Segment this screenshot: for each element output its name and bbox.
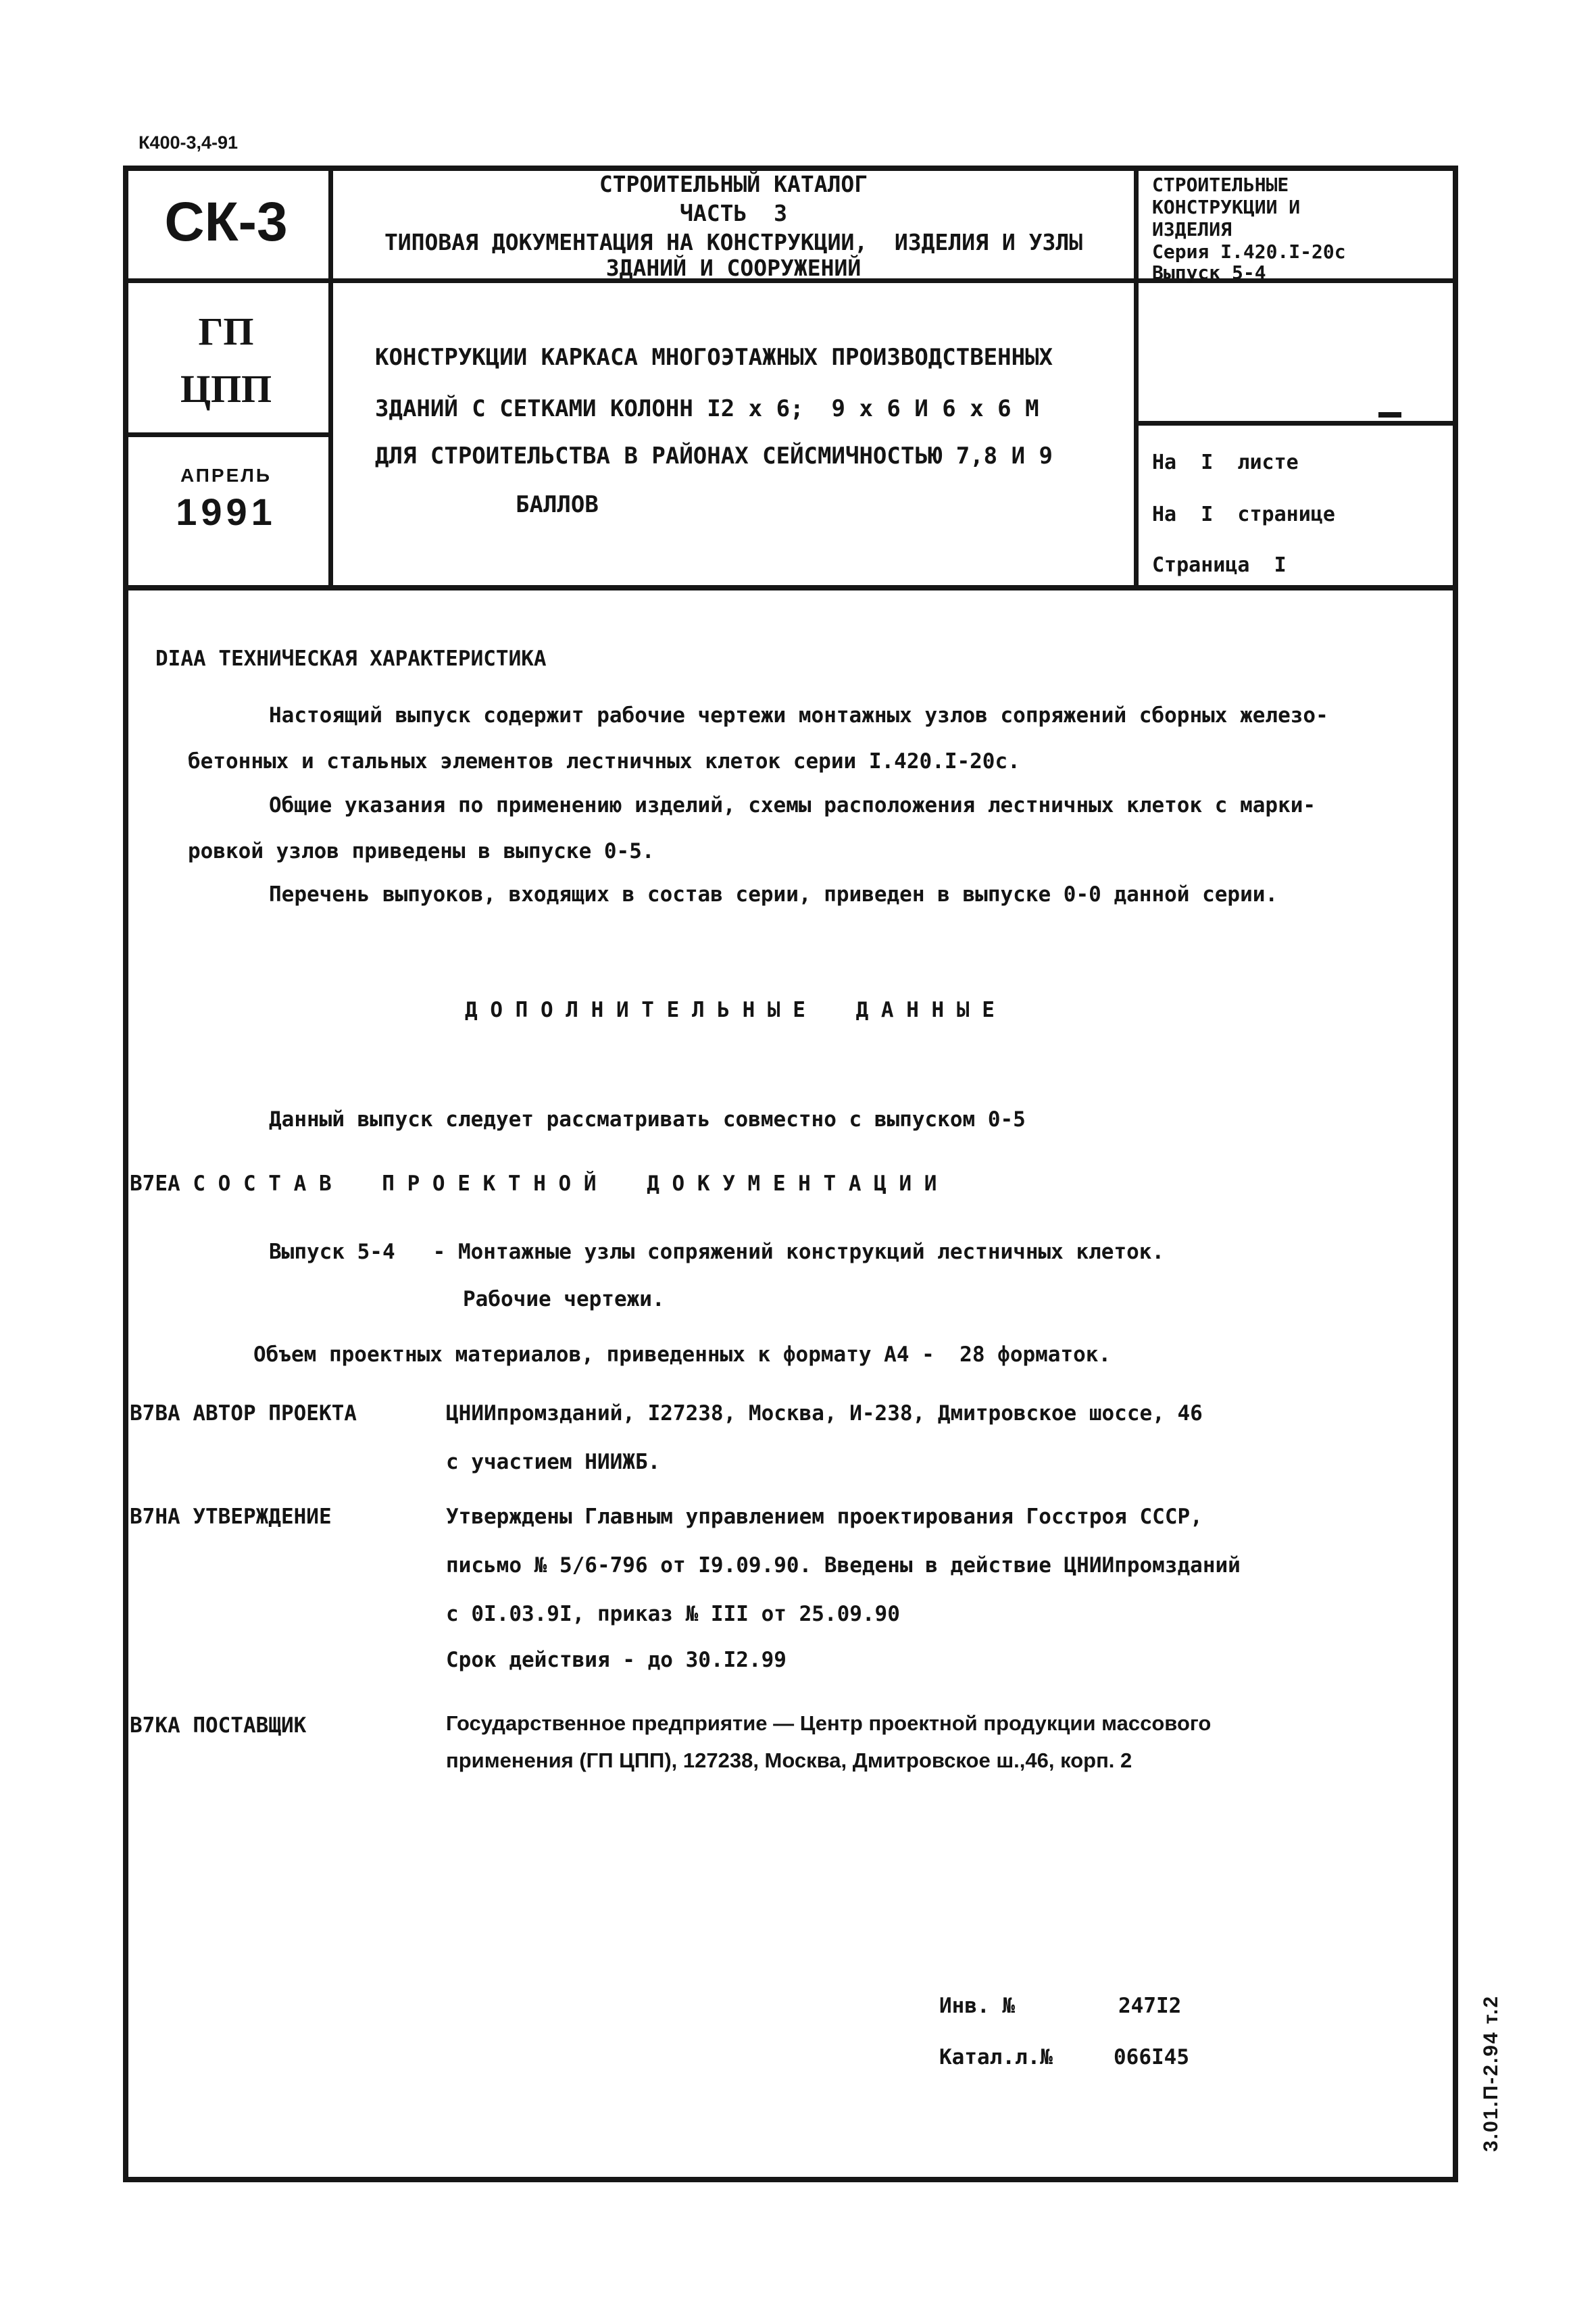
catalog-sheet-number-value: 066I45 [1114,2046,1189,2070]
document-page: К400-3,4-91 СК-3 ГП ЦПП АПРЕЛЬ 1991 СТРО… [0,0,1596,2314]
para1-line2: бетонных и стальных элементов лестничных… [188,750,1020,774]
series-block-line-1: СТРОИТЕЛЬНЫЕ [1152,174,1289,196]
main-title-line-4: БАЛЛОВ [516,492,599,518]
volume-line: Объем проектных материалов, приведенных … [253,1343,1111,1367]
tech-characteristic-heading: DIAA ТЕХНИЧЕСКАЯ ХАРАКТЕРИСТИКА [155,647,547,672]
doc-code-label: К400-3,4-91 [139,132,238,153]
author-line1: ЦНИИпромзданий, I27238, Москва, И-238, Д… [446,1402,1203,1426]
issue-description-line2: Рабочие чертежи. [463,1288,665,1312]
composition-heading: В7ЕА С О С Т А В П Р О Е К Т Н О Й Д О К… [130,1172,937,1197]
issue-month: АПРЕЛЬ [123,465,329,486]
series-number: Серия I.420.I-20с [1152,241,1346,263]
approval-line1: Утверждены Главным управлением проектиро… [446,1505,1203,1530]
para2-line1: Общие указания по применению изделий, сх… [269,794,1316,818]
header-bottom-divider [123,585,1458,590]
main-title-line-3: ДЛЯ СТРОИТЕЛЬСТВА В РАЙОНАХ СЕЙСМИЧНОСТЬ… [375,443,1053,470]
right-column-border [1134,166,1139,590]
supplier-label: В7КА ПОСТАВЩИК [130,1714,306,1738]
stray-mark [1378,412,1401,418]
approval-label: В7НА УТВЕРЖДЕНИЕ [130,1505,332,1530]
series-block-line-2: КОНСТРУКЦИИ И [1152,197,1300,218]
catalog-title-line-1: СТРОИТЕЛЬНЫЙ КАТАЛОГ [333,172,1134,197]
issue-number: Выпуск 5-4 [1152,262,1266,284]
catalog-title-line-4: ЗДАНИЙ И СООРУЖЕНИЙ [333,255,1134,281]
approval-line4: Срок действия - до 30.I2.99 [446,1649,787,1673]
para3-line: Перечень выпуоков, входящих в состав сер… [269,883,1278,907]
issue-description-line1: Выпуск 5-4 - Монтажные узлы сопряжений к… [269,1240,1164,1265]
supplier-line1: Государственное предприятие — Центр прое… [446,1711,1211,1736]
table-border-right [1453,166,1458,2182]
para1-line1: Настоящий выпуск содержит рабочие чертеж… [269,704,1328,728]
issue-year: 1991 [123,491,329,534]
catalog-title-line-3: ТИПОВАЯ ДОКУМЕНТАЦИЯ НА КОНСТРУКЦИИ, ИЗД… [333,230,1134,255]
main-title-line-2: ЗДАНИЙ С СЕТКАМИ КОЛОНН I2 х 6; 9 х 6 И … [375,396,1039,422]
series-block-line-3: ИЗДЕЛИЯ [1152,219,1232,241]
para2-line2: ровкой узлов приведены в выпуске 0-5. [188,840,655,864]
joint-review-note: Данный выпуск следует рассматривать совм… [269,1108,1026,1132]
author-label: В7ВА АВТОР ПРОЕКТА [130,1402,357,1426]
page-count-line: На I странице [1152,503,1335,527]
table-border-top [123,166,1458,171]
additional-data-heading: Д О П О Л Н И Т Е Л Ь Н Ы Е Д А Н Н Ы Е [465,999,995,1023]
catalog-code: СК-3 [123,191,329,254]
catalog-sheet-number-label: Катал.л.№ [939,2046,1053,2070]
inventory-number-label: Инв. № [939,1994,1015,2019]
publisher-abbr-line1: ГП [123,309,329,355]
left-column-border [328,166,333,590]
inventory-number-value: 247I2 [1118,1994,1181,2019]
approval-line3: с 0I.03.9I, приказ № III от 25.09.90 [446,1603,900,1627]
supplier-line2: применения (ГП ЦПП), 127238, Москва, Дми… [446,1749,1132,1773]
side-caption-vertical: 3.01.П-2.94 т.2 [1480,1995,1503,2152]
table-border-bottom [123,2177,1458,2182]
left-col-divider [123,432,333,437]
author-line2: с участием НИИЖБ. [446,1451,660,1475]
main-title-line-1: КОНСТРУКЦИИ КАРКАСА МНОГОЭТАЖНЫХ ПРОИЗВО… [375,345,1053,371]
catalog-title-line-2: ЧАСТЬ 3 [333,201,1134,226]
approval-line2: письмо № 5/6-796 от I9.09.90. Введены в … [446,1554,1241,1578]
page-number-line: Страница I [1152,554,1287,578]
sheet-count-line: На I листе [1152,451,1299,475]
publisher-abbr-line2: ЦПП [123,367,329,412]
right-col-divider [1134,421,1458,426]
